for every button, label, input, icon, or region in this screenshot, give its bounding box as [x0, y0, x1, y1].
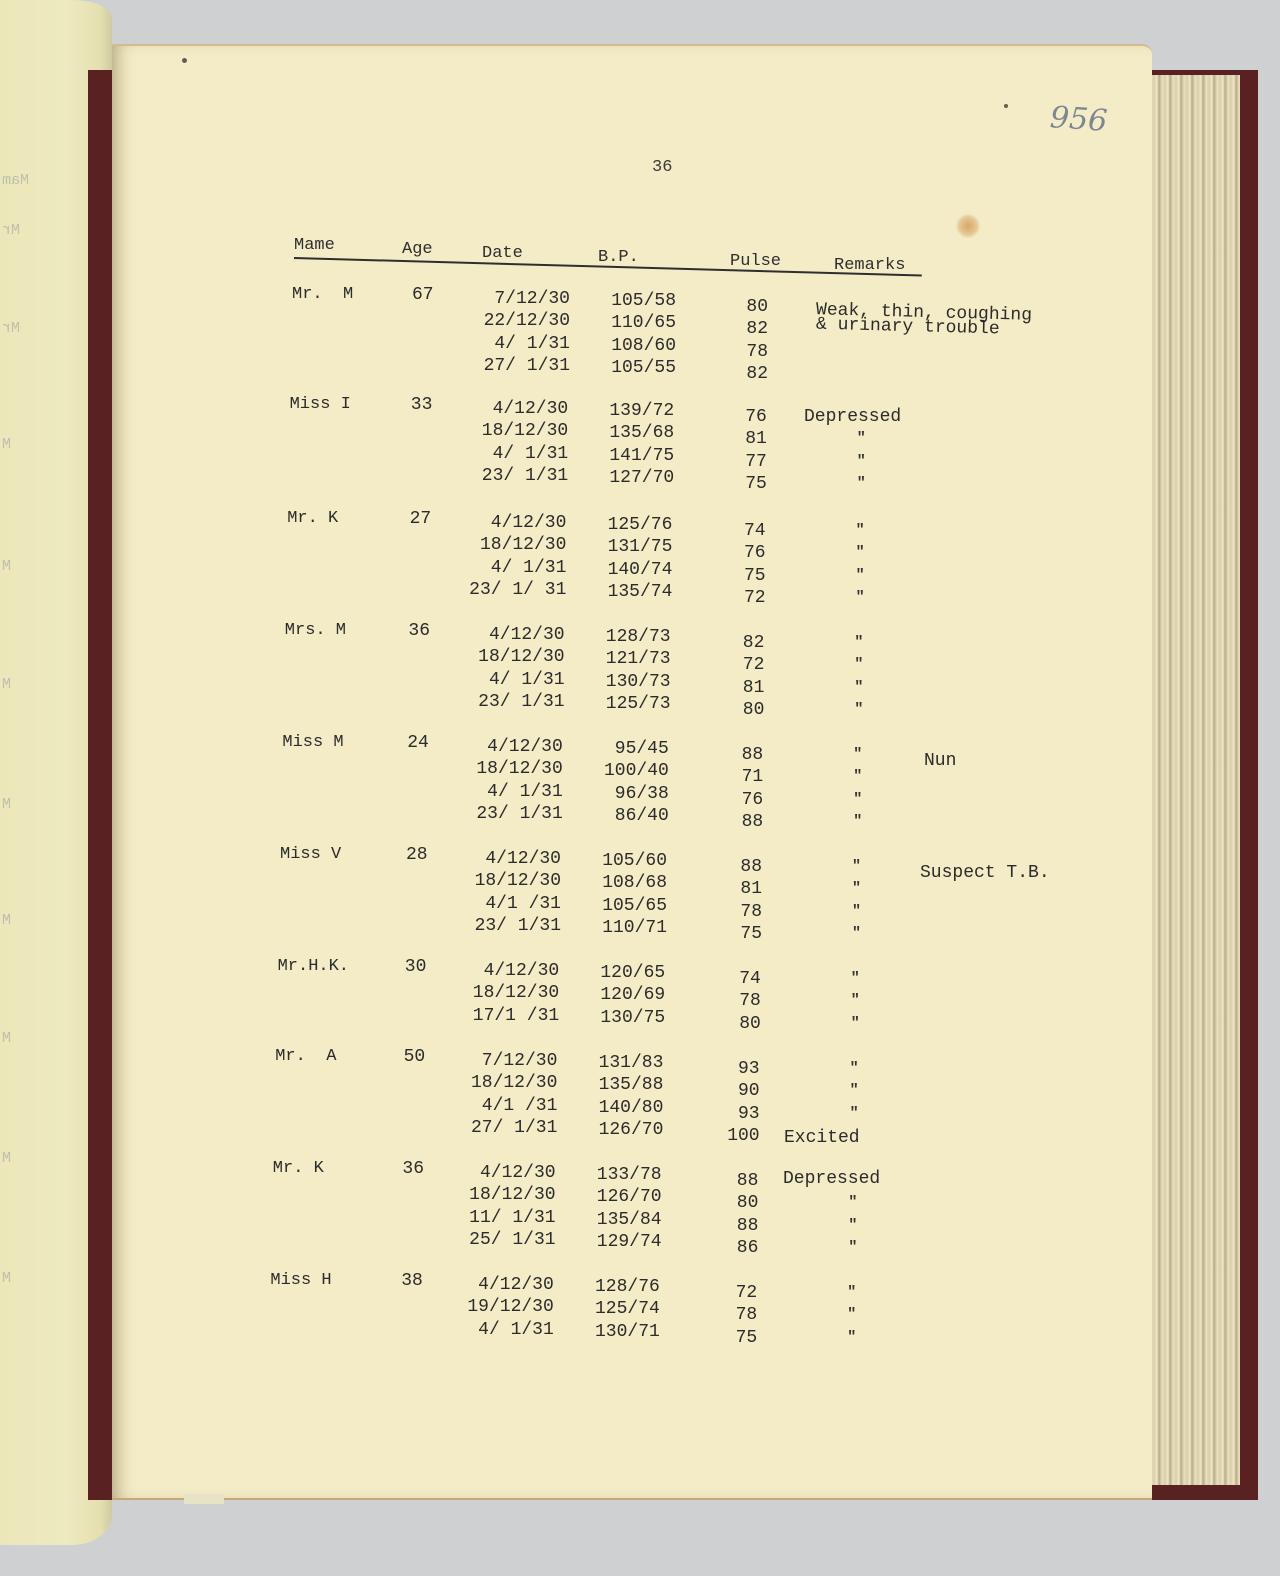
visit-pulse: 76	[716, 542, 766, 564]
visit-date: 18/12/30	[435, 646, 565, 668]
visit-bp: 135/74	[572, 581, 672, 603]
patient-age: 50	[404, 1046, 426, 1068]
visit-date: 18/12/30	[436, 534, 566, 556]
visit-bp: 135/84	[562, 1209, 662, 1231]
patient-name: Mr. K	[287, 508, 338, 530]
ditto-mark: "	[847, 1306, 856, 1323]
bleed-through-text: M	[2, 558, 11, 575]
visit-pulse: 81	[712, 878, 762, 900]
patient-age: 30	[405, 956, 427, 978]
ditto-mark: "	[847, 1284, 856, 1301]
visit-pulse: 76	[717, 406, 767, 428]
patient-name: Miss M	[282, 732, 343, 754]
ditto-mark: "	[856, 522, 865, 539]
patient-name: Miss V	[280, 844, 341, 866]
visit-bp: 108/68	[567, 872, 667, 894]
visit-bp: 100/40	[569, 760, 669, 782]
visit-bp: 120/69	[565, 984, 665, 1006]
visit-date: 4/12/30	[426, 1162, 556, 1184]
bleed-through-text: M	[2, 1270, 11, 1287]
visit-date: 4/12/30	[429, 960, 559, 982]
visit-bp: 105/55	[576, 357, 676, 379]
visit-bp: 125/76	[572, 514, 672, 536]
ditto-mark: "	[848, 1217, 857, 1234]
page-number: 36	[652, 158, 672, 177]
visit-date: 4/ 1/31	[436, 557, 566, 579]
visit-pulse: 88	[713, 744, 763, 766]
bleed-through-text: Mam	[2, 172, 29, 189]
patient-name: Miss I	[290, 394, 351, 416]
remark-text: Depressed	[804, 406, 901, 428]
patient-note: Nun	[924, 750, 956, 772]
page-tab	[184, 1494, 224, 1504]
visit-date: 18/12/30	[431, 870, 561, 892]
visit-bp: 135/88	[563, 1074, 663, 1096]
visit-pulse: 78	[712, 901, 762, 923]
visit-pulse: 74	[711, 968, 761, 990]
visit-date: 22/12/30	[440, 310, 570, 332]
visit-date: 4/12/30	[436, 512, 566, 534]
visit-pulse: 81	[717, 428, 767, 450]
bleed-through-text: M	[2, 796, 11, 813]
patient-age: 36	[402, 1158, 424, 1180]
visit-pulse: 88	[708, 1170, 758, 1192]
visit-bp: 126/70	[563, 1119, 663, 1141]
patient-name: Mr. A	[275, 1046, 336, 1068]
visit-pulse: 72	[707, 1282, 757, 1304]
visit-date: 4/12/30	[424, 1274, 554, 1296]
visit-date: 4/12/30	[433, 736, 563, 758]
patient-age: 27	[410, 508, 432, 530]
ditto-mark: "	[854, 701, 863, 718]
visit-bp: 105/65	[567, 895, 667, 917]
visit-date: 11/ 1/31	[426, 1207, 556, 1229]
page-edges	[1140, 75, 1240, 1485]
patient-age: 24	[407, 732, 429, 754]
ditto-mark: "	[850, 1060, 859, 1077]
ditto-mark: "	[851, 970, 860, 987]
ditto-mark: "	[854, 679, 863, 696]
visit-pulse: 77	[717, 451, 767, 473]
ditto-mark: "	[853, 746, 862, 763]
ditto-mark: "	[854, 656, 863, 673]
foxing-stain	[956, 214, 980, 238]
column-header-bp: B.P.	[598, 248, 639, 267]
handwritten-folio: 956	[1049, 100, 1109, 139]
visit-bp: 130/71	[560, 1321, 660, 1343]
visit-pulse: 78	[718, 341, 768, 363]
visit-pulse: 76	[713, 789, 763, 811]
ditto-mark: "	[856, 589, 865, 606]
visit-date: 4/1 /31	[431, 893, 561, 915]
ditto-mark: "	[854, 634, 863, 651]
ditto-mark: "	[852, 858, 861, 875]
visit-pulse: 82	[718, 363, 768, 385]
column-header-mame: Mame	[294, 236, 335, 255]
visit-pulse: 75	[716, 565, 766, 587]
visit-date: 4/12/30	[438, 398, 568, 420]
patient-age: 38	[401, 1270, 423, 1292]
ditto-mark: "	[856, 544, 865, 561]
ditto-mark: "	[853, 768, 862, 785]
patient-name: Mr. M	[292, 284, 353, 306]
visit-date: 4/12/30	[431, 848, 561, 870]
visit-date: 17/1 /31	[429, 1005, 559, 1027]
ink-spot	[1004, 104, 1008, 108]
visit-bp: 127/70	[574, 467, 674, 489]
visit-pulse: 82	[718, 318, 768, 340]
visit-pulse: 78	[707, 1304, 757, 1326]
visit-date: 23/ 1/ 31	[436, 579, 566, 601]
column-header-pulse: Pulse	[730, 252, 781, 271]
visit-bp: 133/78	[562, 1164, 662, 1186]
visit-date: 4/ 1/31	[440, 333, 570, 355]
bleed-through-text: M	[2, 676, 11, 693]
visit-bp: 126/70	[562, 1186, 662, 1208]
visit-pulse: 75	[707, 1327, 757, 1349]
visit-bp: 125/73	[571, 693, 671, 715]
visit-pulse: 71	[713, 766, 763, 788]
visit-pulse: 78	[711, 990, 761, 1012]
ditto-mark: "	[851, 1015, 860, 1032]
bleed-through-text: M	[2, 912, 11, 929]
bleed-through-text: Mr	[2, 222, 20, 239]
patient-name: Miss H	[270, 1270, 331, 1292]
visit-pulse: 88	[713, 811, 763, 833]
patient-age: 67	[412, 284, 434, 306]
visit-bp: 108/60	[576, 335, 676, 357]
visit-date: 27/ 1/31	[427, 1117, 557, 1139]
ditto-mark: "	[852, 903, 861, 920]
column-header-age: Age	[402, 240, 433, 259]
visit-bp: 105/60	[567, 850, 667, 872]
visit-bp: 139/72	[574, 400, 674, 422]
patient-name: Mr.H.K.	[278, 956, 349, 978]
column-header-date: Date	[482, 244, 523, 263]
ditto-mark: "	[857, 475, 866, 492]
ditto-mark: "	[857, 453, 866, 470]
visit-bp: 131/83	[563, 1052, 663, 1074]
bleed-through-text: M	[2, 1150, 11, 1167]
visit-pulse: 100	[710, 1125, 760, 1147]
visit-bp: 86/40	[569, 805, 669, 827]
visit-date: 23/ 1/31	[438, 465, 568, 487]
bleed-through-text: M	[2, 1030, 11, 1047]
visit-bp: 130/73	[571, 671, 671, 693]
visit-bp: 140/80	[563, 1097, 663, 1119]
visit-bp: 125/74	[560, 1298, 660, 1320]
ditto-mark: "	[852, 880, 861, 897]
visit-date: 18/12/30	[433, 758, 563, 780]
visit-date: 4/ 1/31	[435, 669, 565, 691]
ditto-mark: "	[852, 925, 861, 942]
patient-note: Suspect T.B.	[920, 862, 1050, 884]
visit-date: 18/12/30	[427, 1072, 557, 1094]
visit-date: 4/1 /31	[427, 1095, 557, 1117]
visit-bp: 141/75	[574, 445, 674, 467]
visit-pulse: 93	[710, 1058, 760, 1080]
ditto-mark: "	[851, 992, 860, 1009]
visit-pulse: 75	[712, 923, 762, 945]
visit-date: 4/12/30	[435, 624, 565, 646]
ditto-mark: "	[853, 791, 862, 808]
ditto-mark: "	[853, 813, 862, 830]
visit-bp: 120/65	[565, 962, 665, 984]
visit-bp: 130/75	[565, 1007, 665, 1029]
visit-pulse: 80	[708, 1192, 758, 1214]
visit-bp: 135/68	[574, 422, 674, 444]
visit-pulse: 75	[717, 473, 767, 495]
visit-bp: 110/65	[576, 312, 676, 334]
visit-date: 23/ 1/31	[433, 803, 563, 825]
visit-bp: 128/73	[571, 626, 671, 648]
visit-date: 4/ 1/31	[424, 1319, 554, 1341]
visit-bp: 129/74	[562, 1231, 662, 1253]
visit-pulse: 81	[714, 677, 764, 699]
visit-pulse: 93	[710, 1103, 760, 1125]
visit-pulse: 72	[716, 587, 766, 609]
visit-bp: 96/38	[569, 783, 669, 805]
visit-pulse: 74	[716, 520, 766, 542]
bleed-through-text: M	[2, 436, 11, 453]
ditto-mark: "	[850, 1082, 859, 1099]
visit-pulse: 80	[718, 296, 768, 318]
visit-bp: 128/76	[560, 1276, 660, 1298]
visit-date: 25/ 1/31	[426, 1229, 556, 1251]
visit-bp: 110/71	[567, 917, 667, 939]
patient-age: 33	[411, 394, 433, 416]
visit-pulse: 82	[714, 632, 764, 654]
visit-pulse: 72	[714, 654, 764, 676]
patient-name: Mrs. M	[285, 620, 346, 642]
visit-date: 19/12/30	[424, 1296, 554, 1318]
visit-pulse: 80	[714, 699, 764, 721]
patient-age: 28	[406, 844, 428, 866]
visit-date: 18/12/30	[429, 982, 559, 1004]
visit-date: 7/12/30	[427, 1050, 557, 1072]
visit-date: 18/12/30	[438, 420, 568, 442]
visit-pulse: 88	[708, 1215, 758, 1237]
visit-bp: 121/73	[571, 648, 671, 670]
ditto-mark: "	[850, 1105, 859, 1122]
ditto-mark: "	[856, 567, 865, 584]
visit-date: 23/ 1/31	[431, 915, 561, 937]
remark-text: Excited	[784, 1127, 860, 1149]
visit-date: 23/ 1/31	[435, 691, 565, 713]
visit-pulse: 80	[711, 1013, 761, 1035]
visit-bp: 95/45	[569, 738, 669, 760]
visit-bp: 105/58	[576, 290, 676, 312]
ditto-mark: "	[848, 1239, 857, 1256]
visit-pulse: 90	[710, 1080, 760, 1102]
visit-date: 7/12/30	[440, 288, 570, 310]
visit-pulse: 88	[712, 856, 762, 878]
visit-date: 4/ 1/31	[438, 443, 568, 465]
patient-name: Mr. K	[273, 1158, 324, 1180]
visit-bp: 140/74	[572, 559, 672, 581]
visit-bp: 131/75	[572, 536, 672, 558]
visit-date: 18/12/30	[426, 1184, 556, 1206]
ditto-mark: "	[848, 1194, 857, 1211]
remark-text: Depressed	[783, 1168, 880, 1190]
patient-age: 36	[408, 620, 430, 642]
visit-date: 27/ 1/31	[440, 355, 570, 377]
binding-hole	[182, 58, 187, 63]
visit-pulse: 86	[708, 1237, 758, 1259]
bleed-through-text: Mr	[2, 320, 20, 337]
ditto-mark: "	[857, 430, 866, 447]
ditto-mark: "	[847, 1329, 856, 1346]
visit-date: 4/ 1/31	[433, 781, 563, 803]
